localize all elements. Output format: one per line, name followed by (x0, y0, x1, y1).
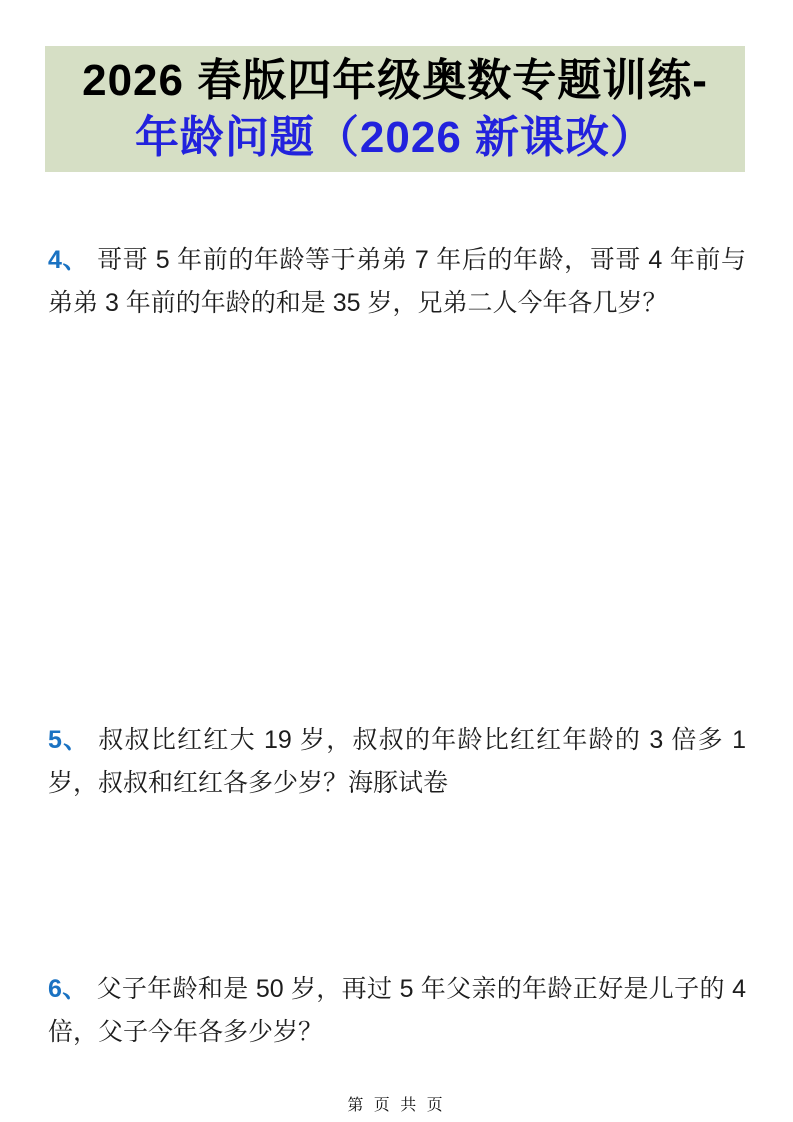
problem-6-text: 父子年龄和是 50 岁，再过 5 年父亲的年龄正好是儿子的 4 倍，父子今年各多… (48, 975, 746, 1046)
worksheet-header: 2026 春版四年级奥数专题训练- 年龄问题（2026 新课改） (45, 46, 745, 172)
worksheet-title-line2: 年龄问题（2026 新课改） (135, 109, 655, 166)
problem-6: 6、父子年龄和是 50 岁，再过 5 年父亲的年龄正好是儿子的 4 倍，父子今年… (48, 968, 746, 1054)
worksheet-page: 2026 春版四年级奥数专题训练- 年龄问题（2026 新课改） 4、哥哥 5 … (0, 0, 793, 1122)
worksheet-title-line1: 2026 春版四年级奥数专题训练- (82, 52, 708, 109)
problem-4-text: 哥哥 5 年前的年龄等于弟弟 7 年后的年龄，哥哥 4 年前与弟弟 3 年前的年… (48, 246, 746, 317)
problem-5: 5、叔叔比红红大 19 岁，叔叔的年龄比红红年龄的 3 倍多 1 岁，叔叔和红红… (48, 719, 746, 805)
problem-4-number: 4、 (48, 246, 88, 274)
problem-4: 4、哥哥 5 年前的年龄等于弟弟 7 年后的年龄，哥哥 4 年前与弟弟 3 年前… (48, 239, 746, 325)
problem-5-text: 叔叔比红红大 19 岁，叔叔的年龄比红红年龄的 3 倍多 1 岁，叔叔和红红各多… (48, 726, 746, 797)
problem-5-number: 5、 (48, 726, 89, 754)
problem-6-number: 6、 (48, 975, 88, 1003)
page-footer: 第 页 共 页 (0, 1096, 793, 1116)
